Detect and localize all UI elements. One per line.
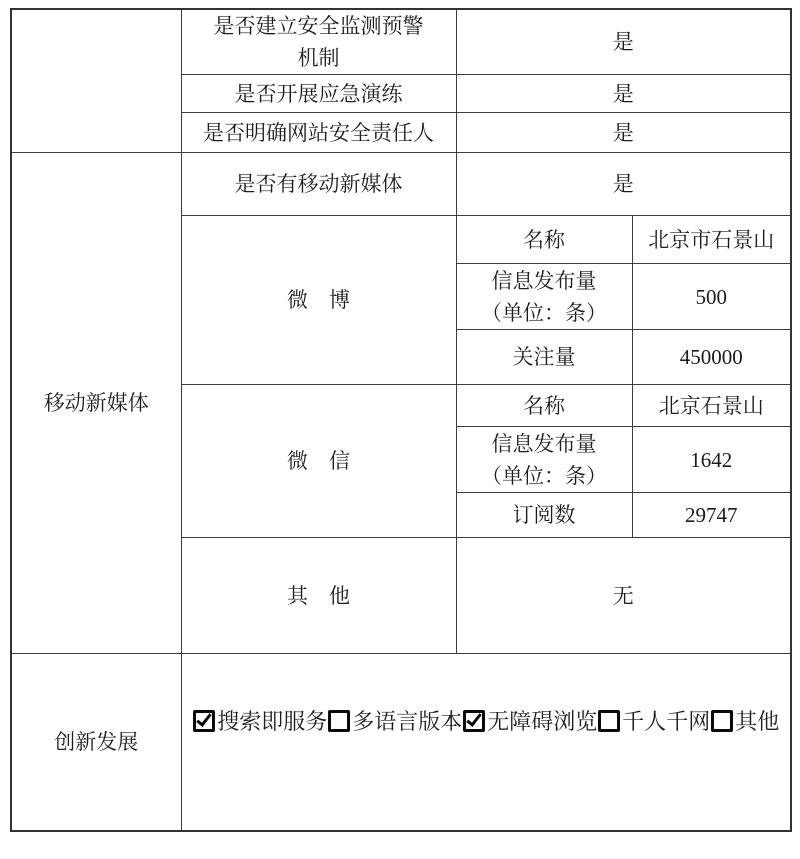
- mobile-media-section-label: 移动新媒体: [11, 153, 181, 654]
- weibo-posts-label-cell: 信息发布量 （单位：条）: [456, 264, 632, 330]
- security-answer-cell: 是: [456, 113, 791, 153]
- checkbox-option-label: 千人千网: [622, 709, 710, 734]
- checkbox-option-3: 千人千网: [597, 709, 710, 734]
- innovation-section-label: 创新发展: [11, 654, 181, 831]
- checkbox-option-2: 无障碍浏览: [462, 709, 597, 734]
- weibo-name-value-cell: 北京市石景山: [632, 216, 791, 264]
- wechat-subscribers-value-cell: 29747: [632, 493, 791, 538]
- checkbox-option-label: 搜索即服务: [217, 709, 327, 734]
- innovation-row: 创新发展 搜索即服务多语言版本无障碍浏览千人千网其他: [11, 654, 791, 831]
- wechat-label-cell: 微 信: [181, 385, 456, 538]
- security-answer-cell: 是: [456, 9, 791, 75]
- weibo-followers-label-cell: 关注量: [456, 330, 632, 385]
- weibo-posts-value-cell: 500: [632, 264, 791, 330]
- innovation-options-cell: 搜索即服务多语言版本无障碍浏览千人千网其他: [181, 654, 791, 831]
- checked-checkbox-icon: [463, 710, 485, 732]
- innovation-options: 搜索即服务多语言版本无障碍浏览千人千网其他: [186, 706, 787, 738]
- has-mobile-question-cell: 是否有移动新媒体: [181, 153, 456, 216]
- weibo-followers-value-cell: 450000: [632, 330, 791, 385]
- wechat-subscribers-label-cell: 订阅数: [456, 493, 632, 538]
- report-table: 是否建立安全监测预警 机制 是 是否开展应急演练 是 是否明确网站安全责任人 是…: [10, 8, 792, 832]
- checkbox-option-0: 搜索即服务: [192, 709, 327, 734]
- security-question-cell: 是否开展应急演练: [181, 75, 456, 113]
- mobile-media-has-row: 移动新媒体 是否有移动新媒体 是: [11, 153, 791, 216]
- has-mobile-answer-cell: 是: [456, 153, 791, 216]
- checked-checkbox-icon: [193, 710, 215, 732]
- checkbox-option-label: 无障碍浏览: [487, 709, 597, 734]
- security-question-cell: 是否建立安全监测预警 机制: [181, 9, 456, 75]
- security-row-1: 是否建立安全监测预警 机制 是: [11, 9, 791, 75]
- unchecked-checkbox-icon: [598, 710, 620, 732]
- weibo-name-label-cell: 名称: [456, 216, 632, 264]
- other-media-value-cell: 无: [456, 538, 791, 654]
- unchecked-checkbox-icon: [711, 710, 733, 732]
- other-media-label-cell: 其 他: [181, 538, 456, 654]
- security-section-cell-empty: [11, 9, 181, 153]
- weibo-label-cell: 微 博: [181, 216, 456, 385]
- unchecked-checkbox-icon: [328, 710, 350, 732]
- wechat-posts-label-cell: 信息发布量 （单位：条）: [456, 427, 632, 493]
- checkbox-option-4: 其他: [710, 709, 779, 734]
- wechat-name-label-cell: 名称: [456, 385, 632, 427]
- security-question-cell: 是否明确网站安全责任人: [181, 113, 456, 153]
- security-answer-cell: 是: [456, 75, 791, 113]
- wechat-posts-value-cell: 1642: [632, 427, 791, 493]
- checkbox-option-label: 其他: [735, 709, 779, 734]
- wechat-name-value-cell: 北京石景山: [632, 385, 791, 427]
- checkbox-option-1: 多语言版本: [327, 709, 462, 734]
- checkbox-option-label: 多语言版本: [352, 709, 462, 734]
